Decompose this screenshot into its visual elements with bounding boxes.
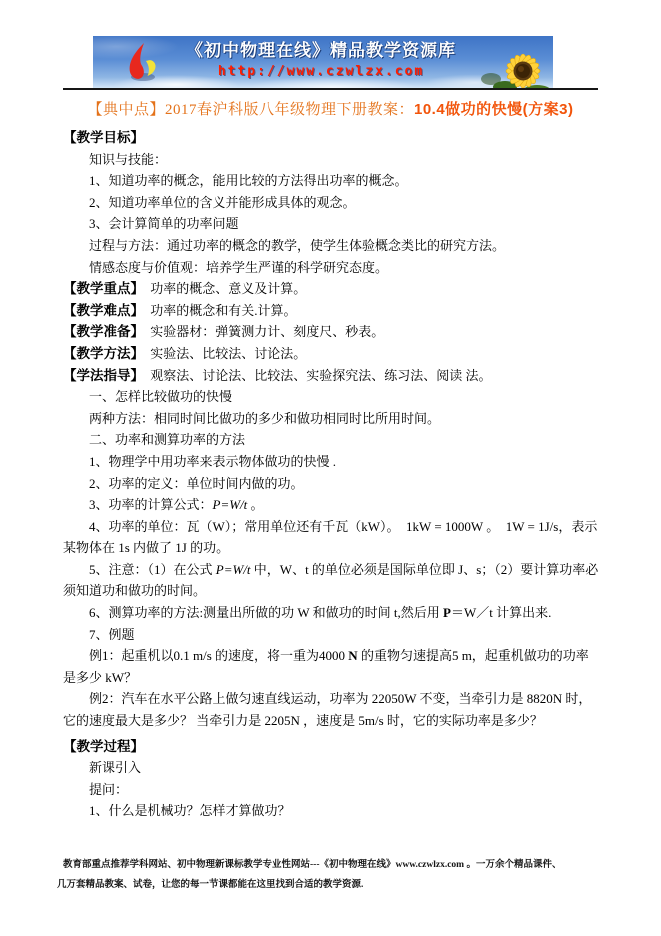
section-heading: 【教学方法】 实验法、比较法、讨论法。 <box>63 343 599 365</box>
paragraph: 过程与方法：通过功率的概念的教学，使学生体验概念类比的研究方法。 <box>63 235 599 257</box>
text-run: 。 <box>483 519 506 534</box>
banner-title: 《初中物理在线》精品教学资源库 <box>171 39 471 63</box>
paragraph: 提问： <box>63 779 599 801</box>
paragraph: 1、知道功率的概念，能用比较的方法得出功率的概念。 <box>63 170 599 192</box>
text-run: 例2：汽车在水平公路上做匀速直线运动，功率为 22050W 不变，当牵引力是 8… <box>63 691 591 728</box>
sunflower-icon <box>479 41 551 89</box>
text-run: 2、功率的定义：单位时间内做的功。 <box>89 476 304 491</box>
header-divider <box>63 88 598 90</box>
text-run: 实验法、比较法、讨论法。 <box>137 346 306 361</box>
section-label: 【教学难点】 <box>63 303 137 318</box>
paragraph: 一、怎样比较做功的快慢 <box>63 386 599 408</box>
paragraph: 4、功率的单位：瓦（W）；常用单位还有千瓦（kW）。 1kW = 1000W 。… <box>63 516 599 559</box>
banner-url: http://www.czwlzx.com <box>171 63 471 81</box>
flame-logo-icon <box>119 41 163 85</box>
paragraph: 7、例题 <box>63 624 599 646</box>
site-banner: 《初中物理在线》精品教学资源库 http://www.czwlzx.com <box>93 36 553 89</box>
section-heading: 【教学目标】 <box>63 127 599 149</box>
paragraph: 5、注意：（1）在公式 P=W/t 中，W、t 的单位必须是国际单位即 J、s；… <box>63 559 599 602</box>
paragraph: 6、测算功率的方法:测量出所做的功 W 和做功的时间 t,然后用 P＝W／t 计… <box>63 602 599 624</box>
page-footer: 教育部重点推荐学科网站、初中物理新课标教学专业性网站---《初中物理在线》www… <box>57 856 629 895</box>
text-run: 二、功率和测算功率的方法 <box>89 432 245 447</box>
section-label: 【教学方法】 <box>63 346 137 361</box>
paragraph: 3、会计算简单的功率问题 <box>63 213 599 235</box>
text-run: 1、物理学中用功率来表示物体做功的快慢 . <box>89 454 336 469</box>
section-label: 【教学目标】 <box>63 130 144 145</box>
paragraph: 2、功率的定义：单位时间内做的功。 <box>63 473 599 495</box>
text-run: 3、功率的计算公式： <box>89 497 213 512</box>
text-run: 过程与方法：通过功率的概念的教学，使学生体验概念类比的研究方法。 <box>89 238 505 253</box>
text-run: 1W = 1J/s <box>506 519 559 534</box>
paragraph: 例2：汽车在水平公路上做匀速直线运动，功率为 22050W 不变，当牵引力是 8… <box>63 688 599 731</box>
paragraph: 二、功率和测算功率的方法 <box>63 429 599 451</box>
paragraph: 2、知道功率单位的含义并能形成具体的观念。 <box>63 192 599 214</box>
text-run: 7、例题 <box>89 627 135 642</box>
text-run: 功率的概念和有关.计算。 <box>137 303 296 318</box>
section-heading: 【教学重点】 功率的概念、意义及计算。 <box>63 278 599 300</box>
text-run: 6、测算功率的方法:测量出所做的功 W 和做功的时间 t,然后用 <box>89 605 443 620</box>
text-run: 知识与技能： <box>89 152 167 167</box>
text-run: 功率的概念、意义及计算。 <box>137 281 306 296</box>
text-run: 1、什么是机械功？怎样才算做功？ <box>89 803 291 818</box>
paragraph: 两种方法：相同时间比做功的多少和做功相同时比所用时间。 <box>63 408 599 430</box>
document-page: 《初中物理在线》精品教学资源库 http://www.czwlzx.com <box>0 0 661 936</box>
text-run: 1kW = 1000W <box>406 519 483 534</box>
section-label: 【学法指导】 <box>63 368 137 383</box>
text-run: 3、会计算简单的功率问题 <box>89 216 239 231</box>
document-title: 【典中点】2017春沪科版八年级物理下册教案：10.4做功的快慢(方案3) <box>0 98 661 119</box>
text-run: P=W/t <box>213 497 248 512</box>
text-run: 情感态度与价值观：培养学生严谨的科学研究态度。 <box>89 260 388 275</box>
text-run: 实验器材：弹簧测力计、刻度尺、秒表。 <box>137 324 384 339</box>
text-run: 5、注意：（1）在公式 <box>89 562 216 577</box>
section-label: 【教学过程】 <box>63 739 144 754</box>
paragraph: 新课引入 <box>63 757 599 779</box>
text-run: P=W/t <box>216 562 251 577</box>
section-heading: 【学法指导】 观察法、讨论法、比较法、实验探究法、练习法、阅读 法。 <box>63 365 599 387</box>
text-run: 例1：起重机以0.1 m/s 的速度，将一重为4000 <box>89 648 348 663</box>
document-title-prefix: 【典中点】2017春沪科版八年级物理下册教案： <box>87 102 414 118</box>
text-run: 观察法、讨论法、比较法、实验探究法、练习法、阅读 法。 <box>137 368 491 383</box>
document-title-emphasis: 10.4做功的快慢(方案3) <box>414 101 574 118</box>
section-heading: 【教学难点】 功率的概念和有关.计算。 <box>63 300 599 322</box>
footer-line: 几万套精品教案、试卷，让您的每一节课都能在这里找到合适的教学资源. <box>57 876 629 896</box>
paragraph: 3、功率的计算公式：P=W/t 。 <box>63 494 599 516</box>
text-run: 。 <box>247 497 263 512</box>
paragraph: 知识与技能： <box>63 149 599 171</box>
text-run: ＝W／t 计算出来. <box>451 605 551 620</box>
section-heading: 【教学过程】 <box>63 736 599 758</box>
section-label: 【教学重点】 <box>63 281 137 296</box>
paragraph: 情感态度与价值观：培养学生严谨的科学研究态度。 <box>63 257 599 279</box>
section-label: 【教学准备】 <box>63 324 137 339</box>
paragraph: 例1：起重机以0.1 m/s 的速度，将一重为4000 N 的重物匀速提高5 m… <box>63 645 599 688</box>
footer-line: 教育部重点推荐学科网站、初中物理新课标教学专业性网站---《初中物理在线》www… <box>57 856 629 876</box>
text-run: 一、怎样比较做功的快慢 <box>89 389 232 404</box>
text-run: 提问： <box>89 782 128 797</box>
text-run: 4、功率的单位：瓦（W）；常用单位还有千瓦（kW）。 <box>89 519 406 534</box>
document-body: 【教学目标】知识与技能：1、知道功率的概念，能用比较的方法得出功率的概念。2、知… <box>63 127 599 822</box>
text-run: P <box>443 605 451 620</box>
text-run: 2、知道功率单位的含义并能形成具体的观念。 <box>89 195 356 210</box>
text-run: 新课引入 <box>89 760 141 775</box>
text-run: 1、知道功率的概念，能用比较的方法得出功率的概念。 <box>89 173 408 188</box>
paragraph: 1、什么是机械功？怎样才算做功？ <box>63 800 599 822</box>
paragraph: 1、物理学中用功率来表示物体做功的快慢 . <box>63 451 599 473</box>
section-heading: 【教学准备】 实验器材：弹簧测力计、刻度尺、秒表。 <box>63 321 599 343</box>
text-run: 两种方法：相同时间比做功的多少和做功相同时比所用时间。 <box>89 411 440 426</box>
text-run: N <box>348 648 357 663</box>
